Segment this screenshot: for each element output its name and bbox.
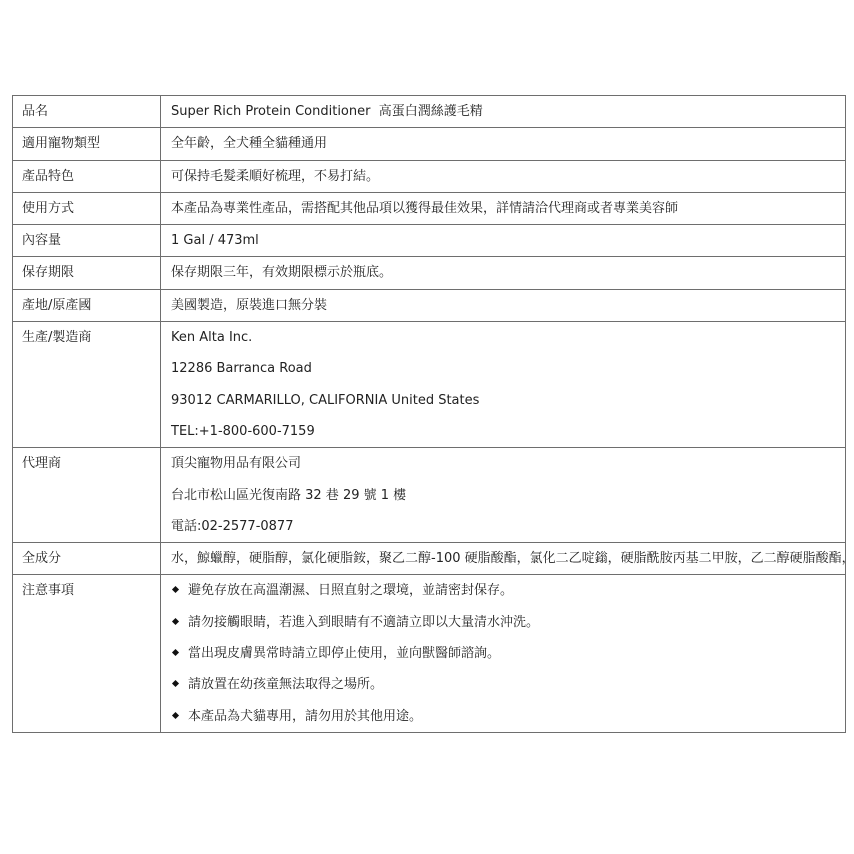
- caution-text: 本產品為犬貓專用，請勿用於其他用途。: [188, 709, 422, 724]
- row-value: Super Rich Protein Conditioner 高蛋白潤絲護毛精: [161, 96, 846, 128]
- table-row-pet-type: 適用寵物類型 全年齡，全犬種全貓種通用: [13, 128, 846, 160]
- row-label: 產品特色: [13, 160, 161, 192]
- table-row-features: 產品特色 可保持毛髮柔順好梳理，不易打結。: [13, 160, 846, 192]
- table-row-cautions: 注意事項 避免存放在高溫潮濕、日照直射之環境，並請密封保存。 請勿接觸眼睛，若進…: [13, 575, 846, 732]
- row-label: 全成分: [13, 543, 161, 575]
- row-label: 內容量: [13, 225, 161, 257]
- agent-name: 頂尖寵物用品有限公司: [171, 448, 845, 479]
- row-label: 代理商: [13, 448, 161, 543]
- row-value: 全年齡，全犬種全貓種通用: [161, 128, 846, 160]
- table-row-ingredients: 全成分 水，鯨蠟醇，硬脂醇，氯化硬脂銨，聚乙二醇-100 硬脂酸酯，氯化二乙啶鎓…: [13, 543, 846, 575]
- caution-text: 避免存放在高溫潮濕、日照直射之環境，並請密封保存。: [188, 583, 513, 598]
- agent-address: 台北市松山區光復南路 32 巷 29 號 1 樓: [171, 480, 845, 511]
- diamond-bullet-icon: [172, 680, 179, 687]
- table-row-agent: 代理商 頂尖寵物用品有限公司 台北市松山區光復南路 32 巷 29 號 1 樓 …: [13, 448, 846, 543]
- row-label: 使用方式: [13, 192, 161, 224]
- row-value: 美國製造，原裝進口無分裝: [161, 289, 846, 321]
- agent-info: 頂尖寵物用品有限公司 台北市松山區光復南路 32 巷 29 號 1 樓 電話:0…: [161, 448, 846, 543]
- caution-text: 當出現皮膚異常時請立即停止使用，並向獸醫師諮詢。: [188, 646, 500, 661]
- table-row-origin: 產地/原產國 美國製造，原裝進口無分裝: [13, 289, 846, 321]
- diamond-bullet-icon: [172, 649, 179, 656]
- product-spec-table: 品名 Super Rich Protein Conditioner 高蛋白潤絲護…: [12, 95, 846, 733]
- row-label: 保存期限: [13, 257, 161, 289]
- row-label: 產地/原產國: [13, 289, 161, 321]
- manufacturer-phone: TEL:+1-800-600-7159: [171, 416, 845, 447]
- manufacturer-city: 93012 CARMARILLO, CALIFORNIA United Stat…: [171, 385, 845, 416]
- row-value: 保存期限三年，有效期限標示於瓶底。: [161, 257, 846, 289]
- caution-item: 當出現皮膚異常時請立即停止使用，並向獸醫師諮詢。: [171, 638, 845, 669]
- table-row-usage: 使用方式 本產品為專業性產品，需搭配其他品項以獲得最佳效果，詳情請洽代理商或者專…: [13, 192, 846, 224]
- diamond-bullet-icon: [172, 712, 179, 719]
- caution-item: 請放置在幼孩童無法取得之場所。: [171, 669, 845, 700]
- caution-item: 避免存放在高溫潮濕、日照直射之環境，並請密封保存。: [171, 575, 845, 606]
- row-value: 本產品為專業性產品，需搭配其他品項以獲得最佳效果，詳情請洽代理商或者專業美容師: [161, 192, 846, 224]
- ingredients-text: 水，鯨蠟醇，硬脂醇，氯化硬脂銨，聚乙二醇-100 硬脂酸酯，氯化二乙啶鎓，硬脂酰…: [161, 543, 846, 575]
- manufacturer-info: Ken Alta Inc. 12286 Barranca Road 93012 …: [161, 322, 846, 448]
- table-row-product-name: 品名 Super Rich Protein Conditioner 高蛋白潤絲護…: [13, 96, 846, 128]
- manufacturer-name: Ken Alta Inc.: [171, 322, 845, 353]
- cautions-list: 避免存放在高溫潮濕、日照直射之環境，並請密封保存。 請勿接觸眼睛，若進入到眼睛有…: [161, 575, 846, 732]
- agent-phone: 電話:02-2577-0877: [171, 511, 845, 542]
- table-row-volume: 內容量 1 Gal / 473ml: [13, 225, 846, 257]
- row-label: 注意事項: [13, 575, 161, 732]
- caution-text: 請放置在幼孩童無法取得之場所。: [188, 677, 383, 692]
- manufacturer-street: 12286 Barranca Road: [171, 353, 845, 384]
- diamond-bullet-icon: [172, 586, 179, 593]
- diamond-bullet-icon: [172, 618, 179, 625]
- row-value: 可保持毛髮柔順好梳理，不易打結。: [161, 160, 846, 192]
- row-label: 品名: [13, 96, 161, 128]
- table-row-shelf-life: 保存期限 保存期限三年，有效期限標示於瓶底。: [13, 257, 846, 289]
- caution-item: 請勿接觸眼睛，若進入到眼睛有不適請立即以大量清水沖洗。: [171, 607, 845, 638]
- caution-text: 請勿接觸眼睛，若進入到眼睛有不適請立即以大量清水沖洗。: [188, 615, 539, 630]
- row-label: 生產/製造商: [13, 322, 161, 448]
- table-row-manufacturer: 生產/製造商 Ken Alta Inc. 12286 Barranca Road…: [13, 322, 846, 448]
- caution-item: 本產品為犬貓專用，請勿用於其他用途。: [171, 701, 845, 732]
- row-label: 適用寵物類型: [13, 128, 161, 160]
- row-value: 1 Gal / 473ml: [161, 225, 846, 257]
